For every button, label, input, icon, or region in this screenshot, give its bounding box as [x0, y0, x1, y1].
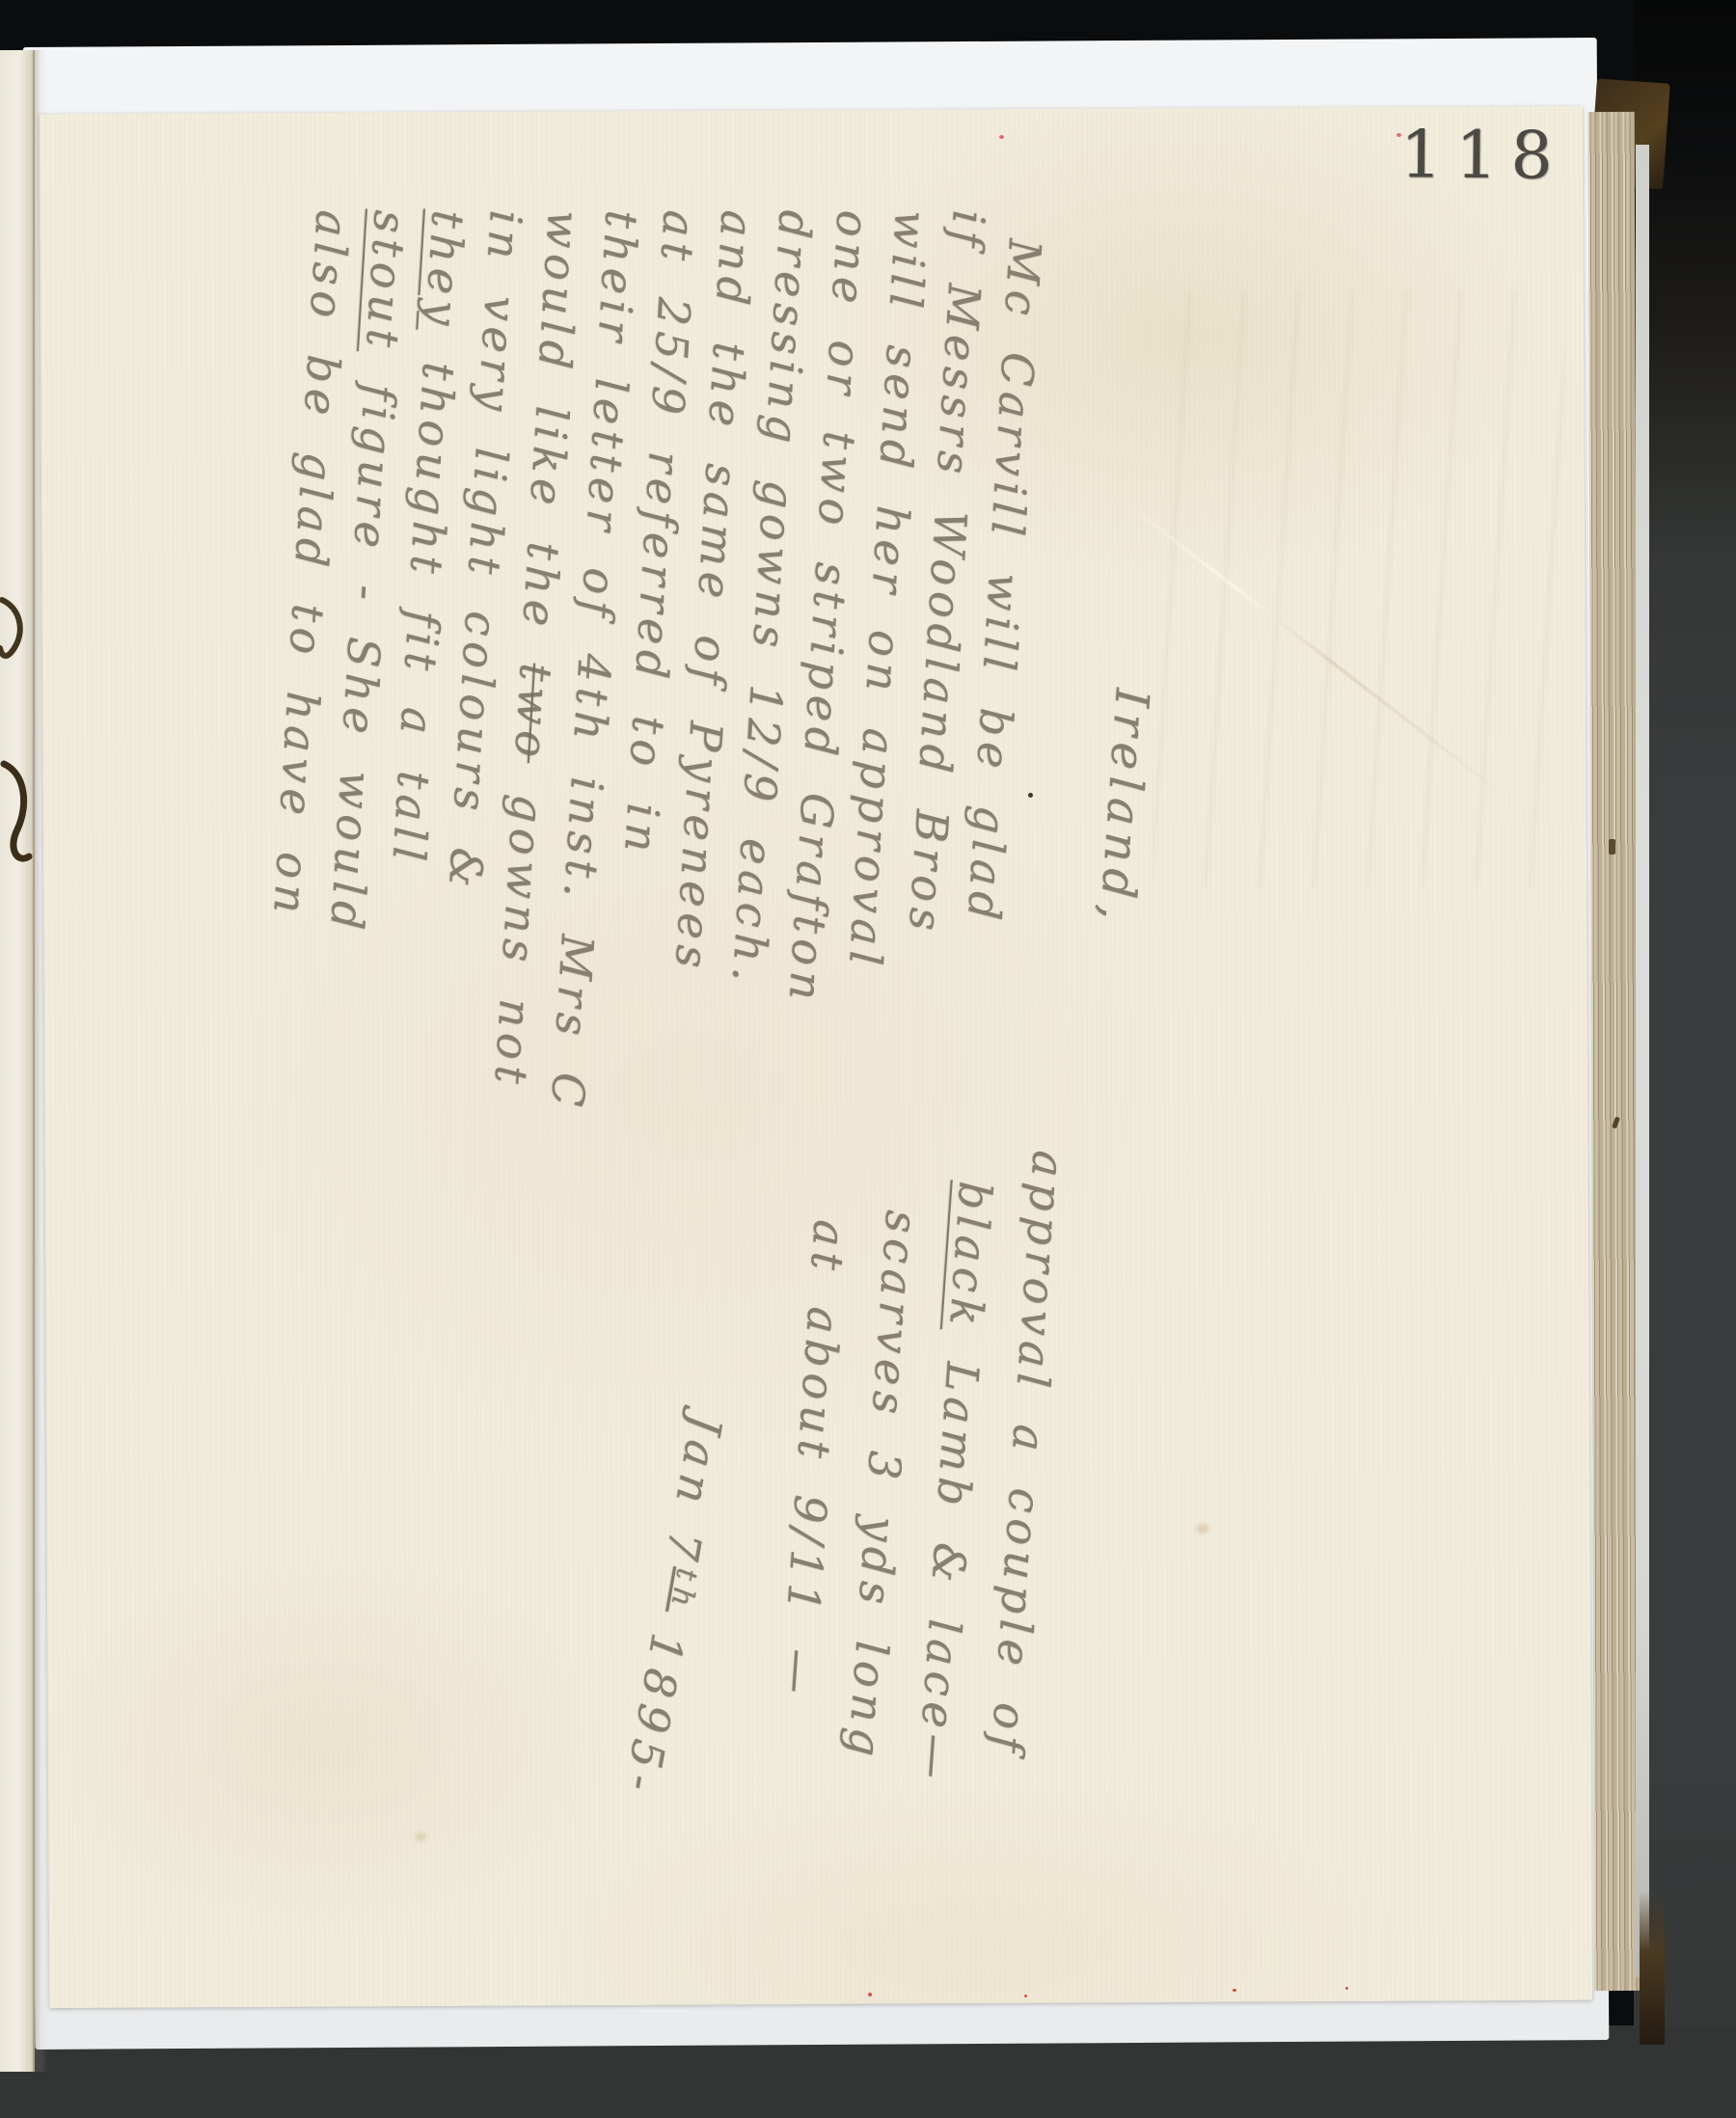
- previous-page-ink-strokes: [0, 590, 35, 909]
- underlined-word: stout: [356, 208, 417, 354]
- date-text: Jan 7: [655, 1411, 733, 1571]
- entry-date: Jan 7th 1895-: [614, 1411, 733, 1802]
- date-year: 1895-: [614, 1608, 698, 1803]
- underlined-word: they: [415, 208, 475, 332]
- book-cover-edge: [1640, 1890, 1665, 2045]
- margin-note: approval a couple of black Lamb & lace— …: [800, 1151, 1085, 1785]
- fore-edge-mark: [1609, 839, 1615, 855]
- book-fore-edge: [1588, 112, 1641, 1991]
- fore-edge-streaks: [1588, 112, 1641, 1991]
- rotated-handwriting-block: Ireland, Mc Carvill will be glad if Mess…: [58, 114, 1582, 2004]
- fore-edge-outer-page: [1636, 145, 1649, 1977]
- underlined-word: black: [939, 1180, 1002, 1333]
- letter-body: Mc Carvill will be glad if Messrs Woodla…: [304, 210, 1056, 1114]
- struck-word: two: [504, 662, 562, 765]
- date-ordinal: th: [663, 1565, 704, 1616]
- entry-heading: Ireland,: [1089, 687, 1159, 928]
- photograph-of-letterbook-page: { "photo": { "page_number": "118", "head…: [0, 0, 1736, 2118]
- previous-page-edge: [0, 50, 35, 2072]
